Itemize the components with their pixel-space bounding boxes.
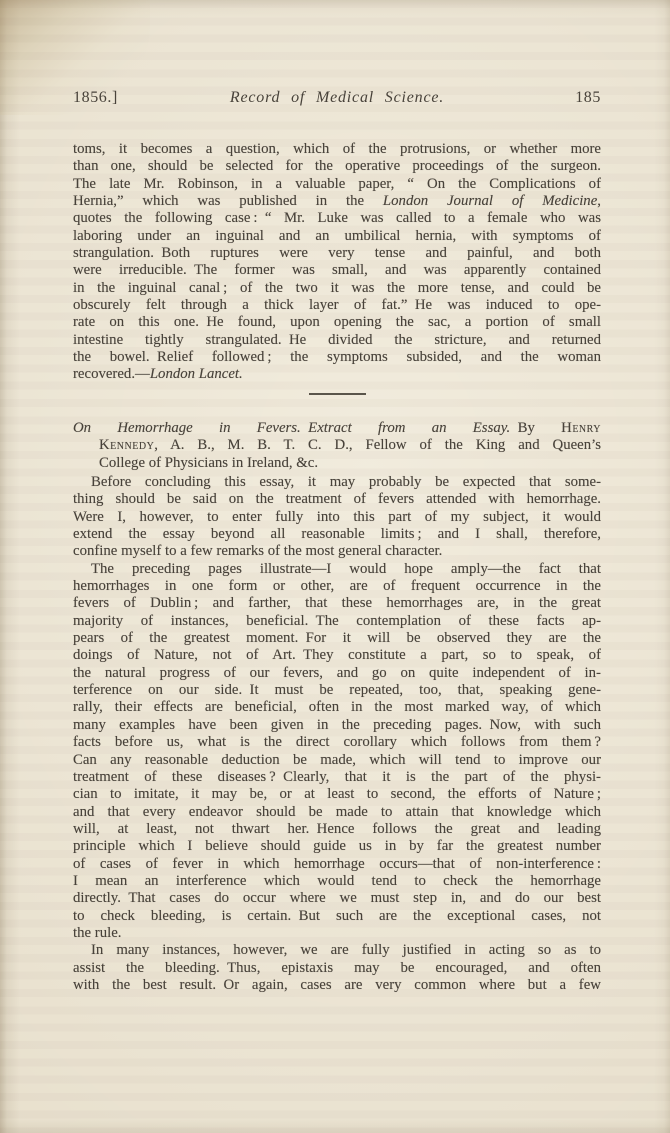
text-line: rate on this one. He found, upon opening…	[73, 314, 601, 331]
section-divider-rule	[309, 393, 366, 395]
text-line: many examples have been given in the pre…	[73, 717, 601, 734]
text-line: Before concluding this essay, it may pro…	[73, 474, 601, 491]
text-line: confine myself to a few remarks of the m…	[73, 543, 601, 560]
text-line: terference on our side. It must be repea…	[73, 682, 601, 699]
text-line: directly. That cases do occur where we m…	[73, 890, 601, 907]
text-line: assist the bleeding. Thus, epistaxis may…	[73, 960, 601, 977]
text-line: I mean an interference which would tend …	[73, 873, 601, 890]
text-line: were irreducible. The former was small, …	[73, 262, 601, 279]
text-line: principle which I believe should guide u…	[73, 838, 601, 855]
running-header: 1856.] Record of Medical Science. 185	[73, 89, 601, 109]
book-page-scan: 1856.] Record of Medical Science. 185 to…	[0, 0, 670, 1133]
text-line: doings of Nature, not of Art. They const…	[73, 647, 601, 664]
text-line: In many instances, however, we are fully…	[73, 942, 601, 959]
text-line: strangulation. Both ruptures were very t…	[73, 245, 601, 262]
text-line: quotes the following case : “ Mr. Luke w…	[73, 210, 601, 227]
text-line: rally, their effects are beneficial, oft…	[73, 699, 601, 716]
text-line: The preceding pages illustrate—I would h…	[73, 561, 601, 578]
text-line: On Hemorrhage in Fevers. Extract from an…	[73, 420, 601, 437]
text-line: fevers of Dublin ; and farther, that the…	[73, 595, 601, 612]
text-line: extend the essay beyond all reasonable l…	[73, 526, 601, 543]
header-year: 1856.]	[73, 89, 230, 107]
text-line: treatment of these diseases ? Clearly, t…	[73, 769, 601, 786]
text-line: in the inguinal canal ; of the two it wa…	[73, 280, 601, 297]
text-line: laboring under an inguinal and an umbili…	[73, 228, 601, 245]
section-divider-wrap	[73, 393, 601, 395]
text-line: the rule.	[73, 925, 601, 942]
text-line: pears of the greatest moment. For it wil…	[73, 630, 601, 647]
text-line: recovered.—London Lancet.	[73, 366, 601, 383]
text-line: with the best result. Or again, cases ar…	[73, 977, 601, 994]
text-line: Kennedy, A. B., M. B. T. C. D., Fellow o…	[73, 437, 601, 454]
text-line: The late Mr. Robinson, in a valuable pap…	[73, 176, 601, 193]
text-line: than one, should be selected for the ope…	[73, 158, 601, 175]
text-line: Can any reasonable deduction be made, wh…	[73, 752, 601, 769]
text-line: and that every endeavor should be made t…	[73, 804, 601, 821]
text-line: thing should be said on the treatment of…	[73, 491, 601, 508]
text-line: obscurely felt through a thick layer of …	[73, 297, 601, 314]
text-line: toms, it becomes a question, which of th…	[73, 141, 601, 158]
header-journal-title: Record of Medical Science.	[230, 89, 444, 107]
text-line: the natural progress of our fevers, and …	[73, 665, 601, 682]
text-line: cian to imitate, it may be, or at least …	[73, 786, 601, 803]
text-line: of cases of fever in which hemorrhage oc…	[73, 856, 601, 873]
text-line: hemorrhages in one form or other, are of…	[73, 578, 601, 595]
text-line: intestine tightly strangulated. He divid…	[73, 332, 601, 349]
text-line: the bowel. Relief followed ; the symptom…	[73, 349, 601, 366]
text-line: majority of instances, beneficial. The c…	[73, 613, 601, 630]
text-line: facts before us, what is the direct coro…	[73, 734, 601, 751]
header-page-number: 185	[444, 89, 601, 107]
article-heading: On Hemorrhage in Fevers. Extract from an…	[73, 420, 601, 472]
text-line: to check bleeding, is certain. But such …	[73, 908, 601, 925]
text-line: will, at least, not thwart her. Hence fo…	[73, 821, 601, 838]
article-continuation-paragraph: toms, it becomes a question, which of th…	[73, 141, 601, 384]
text-line: Were I, however, to enter fully into thi…	[73, 509, 601, 526]
text-line: Hernia,” which was published in the Lond…	[73, 193, 601, 210]
article-body: Before concluding this essay, it may pro…	[73, 474, 601, 994]
text-line: College of Physicians in Ireland, &c.	[73, 455, 601, 472]
